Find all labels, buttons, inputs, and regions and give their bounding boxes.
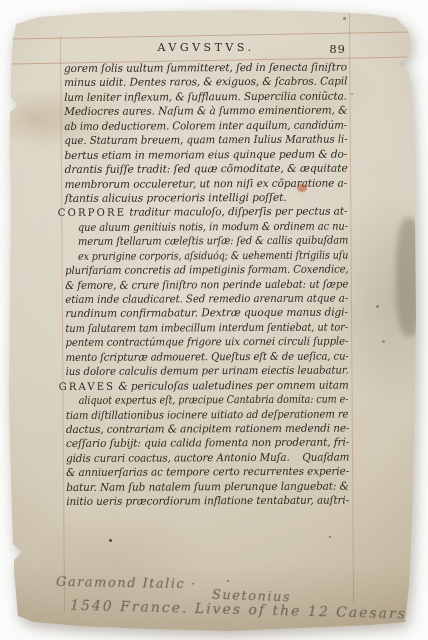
pencil-note-edition: 1540 France. Lives of the 12 Caesars: [70, 598, 407, 623]
text-line: ius dolore calculis demum per urinam eie…: [66, 364, 350, 380]
text-line: pentem contractúmque frigore uix cornei …: [65, 335, 349, 351]
foxing-spot: [382, 340, 385, 343]
text-line: initio ueris præcordiorum inflatione ten…: [66, 494, 350, 510]
text-line: ab imo deductiorem. Colorem inter aquilu…: [64, 118, 348, 134]
text-line: GRAVES & periculoſas ualetudines per omn…: [59, 378, 350, 394]
ruled-line-vertical-right-margin: [349, 12, 354, 604]
foxing-spot: [351, 93, 353, 95]
text-line: lum leniter inflexum, & ſufflauum. Super…: [64, 89, 348, 105]
pencil-dot: [227, 580, 229, 582]
text-block: gorem ſolis uultum ſummitteret, ſed in ſ…: [64, 61, 350, 510]
ink-spot: [109, 539, 112, 542]
foxing-spot: [343, 17, 346, 20]
photo-of-printed-leaf: AVGVSTVS. 89 gorem ſolis uultum ſummitte…: [0, 0, 428, 640]
text-line: tum ſalutarem tam imbecillum interdum ſe…: [65, 320, 349, 336]
text-line: Mediocres aures. Naſum & à ſummo eminent…: [64, 104, 348, 120]
edge-stain: [396, 218, 422, 336]
text-line: ceſſario ſubijt: quia calida fomenta non…: [66, 436, 350, 452]
text-line: drantis fuiſſe tradit: ſed quæ cõmoditat…: [65, 162, 349, 178]
text-line: aliquot expertus eſt, præcipue Cantabria…: [66, 393, 350, 409]
text-line: merum ſtellarum cæleſtis urſæ: ſed & cal…: [65, 234, 349, 250]
foxing-spot: [376, 305, 379, 308]
text-line: tiam diſtillationibus iocinere uitiato a…: [66, 407, 350, 423]
text-line: CORPORE traditur maculoſo, diſperſis per…: [58, 205, 349, 221]
ruled-line-horizontal-top: [12, 32, 410, 40]
running-header: AVGVSTVS. 89: [64, 41, 348, 56]
text-line: plurifariam concretis ad impetiginis for…: [65, 263, 349, 279]
text-line: etiam inde claudicaret. Sed remedio aren…: [65, 292, 349, 308]
text-line: rundinum confirmabatur. Dextræ quoque ma…: [65, 306, 349, 322]
text-line: & femore, & crure ſiniſtro non perinde u…: [65, 277, 349, 293]
paper-shadow-wrap: AVGVSTVS. 89 gorem ſolis uultum ſummitte…: [0, 0, 428, 640]
page-number: 89: [329, 42, 346, 56]
text-line: minus uidit. Dentes raros, & exiguos, & …: [64, 75, 348, 91]
paragraph-lead-word: GRAVES: [59, 381, 116, 392]
text-line: gidis curari coactus, auctore Antonio Mu…: [66, 450, 350, 466]
text-line: dactus, contrariam & ancipitem rationem …: [66, 421, 350, 437]
text-line: membrorum occuleretur, ut non niſi ex cõ…: [65, 176, 349, 192]
text-line: gorem ſolis uultum ſummitteret, ſed in ſ…: [64, 61, 348, 77]
text-line: ex prurigine corporis, aſsiduóq; & uehem…: [65, 248, 349, 264]
paper-leaf: AVGVSTVS. 89 gorem ſolis uultum ſummitte…: [0, 0, 428, 640]
text-line: & anniuerſarias ac tempore certo recurre…: [66, 465, 350, 481]
text-line: batur. Nam ſub natalem ſuum plerunque la…: [66, 479, 350, 495]
text-line: bertus etiam in memoriam eius quinque pe…: [64, 147, 348, 163]
paragraph-lead-word: CORPORE: [58, 208, 126, 219]
text-line: mento ſcripturæ admoueret. Queſtus eſt &…: [66, 349, 350, 365]
text-line: que aluum genitiuis notis, in modum & or…: [65, 219, 349, 235]
page-title: AVGVSTVS.: [64, 41, 348, 54]
ink-spot: [329, 536, 331, 538]
text-line: ſtantis alicuius procerioris intelligi p…: [65, 190, 349, 206]
text-line: que. Staturam breuem, quam tamen Iulius …: [64, 133, 348, 149]
pencil-note-typeface: Garamond Italic ·: [56, 575, 197, 592]
